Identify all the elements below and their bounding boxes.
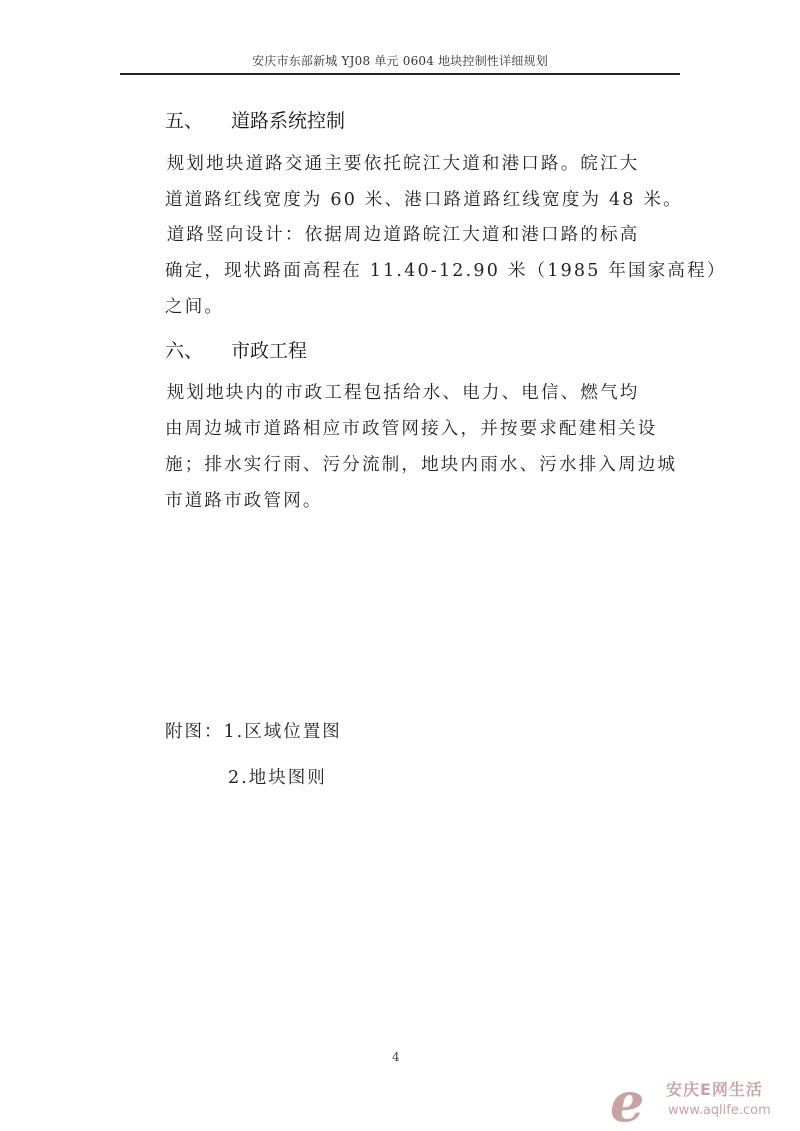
watermark-logo-icon: e	[610, 1075, 644, 1129]
text-line: 道路竖向设计：依据周边道路皖江大道和港口路的标高	[147, 217, 680, 253]
paragraph: 规划地块道路交通主要依托皖江大道和港口路。皖江大 道道路红线宽度为 60 米、港…	[165, 146, 680, 218]
section-title: 市政工程	[231, 340, 307, 362]
text-line: 规划地块道路交通主要依托皖江大道和港口路。皖江大	[147, 146, 680, 182]
appendix: 附图：1.区域位置图	[165, 718, 342, 743]
header-rule	[120, 73, 680, 75]
text-line: 之间。	[165, 289, 680, 325]
section-number: 五、	[165, 106, 231, 133]
watermark-url: www.aqlife.com	[668, 1103, 771, 1118]
section-number: 六、	[165, 336, 231, 363]
section-heading-6: 六、市政工程	[165, 336, 307, 363]
text-line: 施；排水实行雨、污分流制，地块内雨水、污水排入周边城	[165, 447, 680, 483]
page-number: 4	[392, 1050, 400, 1064]
text-line: 市道路市政管网。	[165, 483, 680, 519]
page-header-title: 安庆市东部新城 YJ08 单元 0604 地块控制性详细规划	[120, 52, 680, 69]
appendix-item: 2.地块图则	[228, 768, 327, 788]
section-title: 道路系统控制	[231, 110, 345, 132]
watermark-site-name: 安庆E网生活	[666, 1077, 763, 1100]
watermark: e 安庆E网生活 www.aqlife.com	[610, 1075, 800, 1131]
paragraph: 规划地块内的市政工程包括给水、电力、电信、燃气均 由周边城市道路相应市政管网接入…	[165, 375, 680, 519]
text-line: 确定，现状路面高程在 11.40-12.90 米（1985 年国家高程）	[165, 253, 680, 289]
appendix-item-2: 2.地块图则	[228, 764, 327, 789]
appendix-label: 附图：	[165, 722, 224, 742]
text-line: 由周边城市道路相应市政管网接入，并按要求配建相关设	[165, 411, 680, 447]
paragraph: 道路竖向设计：依据周边道路皖江大道和港口路的标高 确定，现状路面高程在 11.4…	[165, 217, 680, 325]
section-heading-5: 五、道路系统控制	[165, 106, 345, 133]
text-line: 规划地块内的市政工程包括给水、电力、电信、燃气均	[147, 375, 680, 411]
appendix-item: 1.区域位置图	[224, 722, 342, 742]
text-line: 道道路红线宽度为 60 米、港口路道路红线宽度为 48 米。	[165, 182, 680, 218]
